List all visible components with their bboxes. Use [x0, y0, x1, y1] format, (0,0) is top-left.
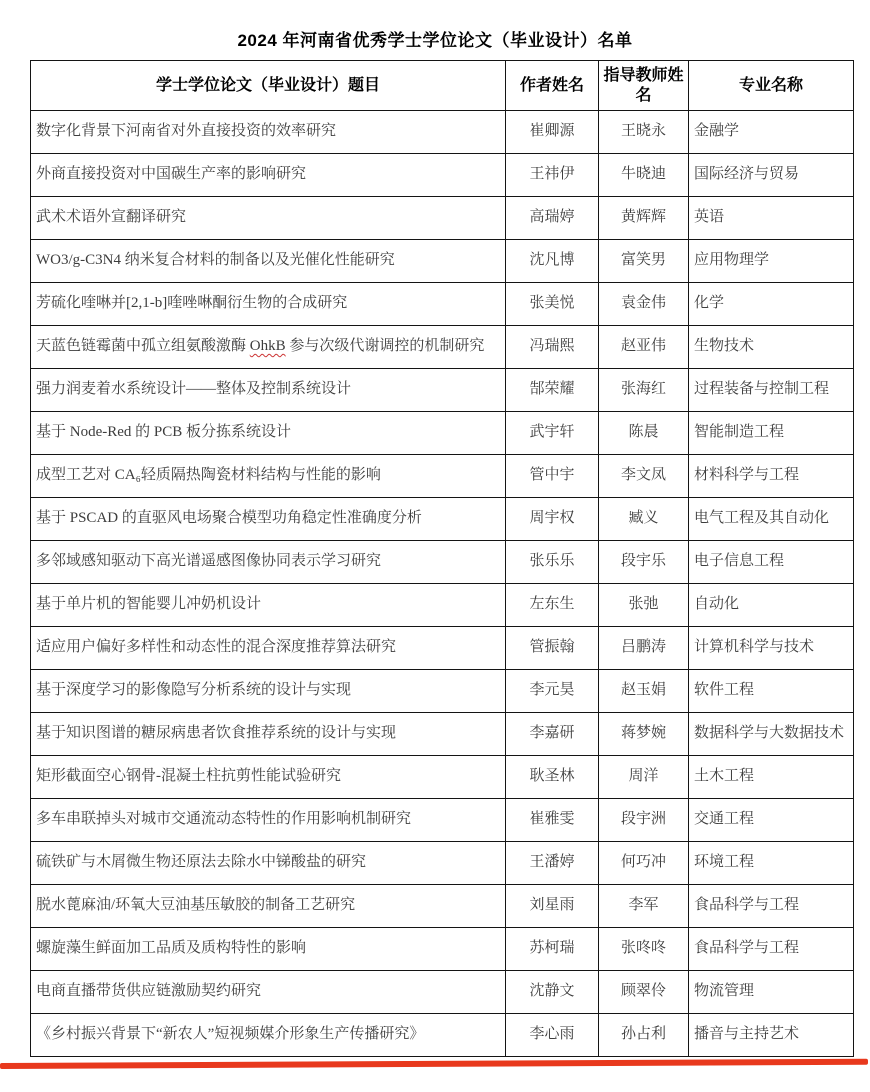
cell-title: 多车串联掉头对城市交通流动态特性的作用影响机制研究 [31, 799, 506, 842]
cell-title: 多邻域感知驱动下高光谱遥感图像协同表示学习研究 [31, 541, 506, 584]
cell-title: 基于深度学习的影像隐写分析系统的设计与实现 [31, 670, 506, 713]
cell-author: 王祎伊 [506, 154, 599, 197]
cell-author: 李嘉研 [506, 713, 599, 756]
cell-advisor: 牛晓迪 [599, 154, 689, 197]
cell-title: 数字化背景下河南省对外直接投资的效率研究 [31, 111, 506, 154]
cell-advisor: 赵玉娟 [599, 670, 689, 713]
table-row: 多车串联掉头对城市交通流动态特性的作用影响机制研究崔雅雯段宇洲交通工程 [31, 799, 854, 842]
cell-author: 周宇权 [506, 498, 599, 541]
cell-advisor: 吕鹏涛 [599, 627, 689, 670]
table-row: 矩形截面空心钢骨-混凝土柱抗剪性能试验研究耿圣林周洋土木工程 [31, 756, 854, 799]
cell-advisor: 袁金伟 [599, 283, 689, 326]
table-row: 硫铁矿与木屑微生物还原法去除水中锑酸盐的研究王潘婷何巧冲环境工程 [31, 842, 854, 885]
cell-major: 土木工程 [689, 756, 854, 799]
table-row: 螺旋藻生鲜面加工品质及质构特性的影响苏柯瑞张咚咚食品科学与工程 [31, 928, 854, 971]
table-row: 基于 PSCAD 的直驱风电场聚合模型功角稳定性准确度分析周宇权臧义电气工程及其… [31, 498, 854, 541]
table-row: 武术术语外宣翻译研究高瑞婷黄辉辉英语 [31, 197, 854, 240]
cell-title: 强力润麦着水系统设计——整体及控制系统设计 [31, 369, 506, 412]
cell-title: 硫铁矿与木屑微生物还原法去除水中锑酸盐的研究 [31, 842, 506, 885]
cell-major: 软件工程 [689, 670, 854, 713]
cell-author: 崔卿源 [506, 111, 599, 154]
cell-major: 计算机科学与技术 [689, 627, 854, 670]
table-row: WO3/g-C3N4 纳米复合材料的制备以及光催化性能研究沈凡博富笑男应用物理学 [31, 240, 854, 283]
cell-major: 物流管理 [689, 971, 854, 1014]
cell-author: 左东生 [506, 584, 599, 627]
cell-major: 应用物理学 [689, 240, 854, 283]
cell-advisor: 赵亚伟 [599, 326, 689, 369]
cell-advisor: 何巧冲 [599, 842, 689, 885]
cell-major: 环境工程 [689, 842, 854, 885]
cell-author: 武宇轩 [506, 412, 599, 455]
cell-title: 基于 Node-Red 的 PCB 板分拣系统设计 [31, 412, 506, 455]
cell-advisor: 张弛 [599, 584, 689, 627]
table-row: 多邻域感知驱动下高光谱遥感图像协同表示学习研究张乐乐段宇乐电子信息工程 [31, 541, 854, 584]
cell-author: 耿圣林 [506, 756, 599, 799]
cell-title: 《乡村振兴背景下“新农人”短视频媒介形象生产传播研究》 [31, 1014, 506, 1057]
red-highlight-line [0, 1059, 868, 1069]
cell-author: 李元昊 [506, 670, 599, 713]
cell-author: 高瑞婷 [506, 197, 599, 240]
cell-title: 螺旋藻生鲜面加工品质及质构特性的影响 [31, 928, 506, 971]
cell-advisor: 臧义 [599, 498, 689, 541]
cell-author: 管振翰 [506, 627, 599, 670]
cell-title: 电商直播带货供应链激励契约研究 [31, 971, 506, 1014]
column-header-author-name: 作者姓名 [506, 61, 599, 111]
cell-major: 金融学 [689, 111, 854, 154]
cell-title: 芳硫化喹啉并[2,1-b]喹唑啉酮衍生物的合成研究 [31, 283, 506, 326]
cell-author: 沈静文 [506, 971, 599, 1014]
cell-author: 郜荣耀 [506, 369, 599, 412]
spellcheck-underlined-word: OhkB [250, 338, 286, 354]
cell-author: 王潘婷 [506, 842, 599, 885]
cell-advisor: 蒋梦婉 [599, 713, 689, 756]
table-row: 《乡村振兴背景下“新农人”短视频媒介形象生产传播研究》李心雨孙占利播音与主持艺术 [31, 1014, 854, 1057]
cell-major: 电气工程及其自动化 [689, 498, 854, 541]
table-body: 数字化背景下河南省对外直接投资的效率研究崔卿源王晓永金融学外商直接投资对中国碳生… [31, 111, 854, 1057]
cell-title: 成型工艺对 CA₆轻质隔热陶瓷材料结构与性能的影响 [31, 455, 506, 498]
cell-advisor: 段宇乐 [599, 541, 689, 584]
cell-advisor: 孙占利 [599, 1014, 689, 1057]
cell-major: 食品科学与工程 [689, 885, 854, 928]
cell-major: 交通工程 [689, 799, 854, 842]
cell-advisor: 黄辉辉 [599, 197, 689, 240]
cell-advisor: 李军 [599, 885, 689, 928]
cell-major: 生物技术 [689, 326, 854, 369]
cell-title: 脱水蓖麻油/环氧大豆油基压敏胶的制备工艺研究 [31, 885, 506, 928]
cell-major: 数据科学与大数据技术 [689, 713, 854, 756]
cell-major: 英语 [689, 197, 854, 240]
cell-advisor: 张海红 [599, 369, 689, 412]
cell-title: 适应用户偏好多样性和动态性的混合深度推荐算法研究 [31, 627, 506, 670]
table-row: 电商直播带货供应链激励契约研究沈静文顾翠伶物流管理 [31, 971, 854, 1014]
cell-major: 化学 [689, 283, 854, 326]
table-row: 强力润麦着水系统设计——整体及控制系统设计郜荣耀张海红过程装备与控制工程 [31, 369, 854, 412]
column-header-advisor-name: 指导教师姓名 [599, 61, 689, 111]
table-row: 适应用户偏好多样性和动态性的混合深度推荐算法研究管振翰吕鹏涛计算机科学与技术 [31, 627, 854, 670]
document-page: 2024 年河南省优秀学士学位论文（毕业设计）名单 学士学位论文（毕业设计）题目… [0, 0, 870, 1092]
thesis-table: 学士学位论文（毕业设计）题目 作者姓名 指导教师姓名 专业名称 数字化背景下河南… [30, 60, 854, 1057]
document-title: 2024 年河南省优秀学士学位论文（毕业设计）名单 [0, 26, 870, 51]
table-header-row: 学士学位论文（毕业设计）题目 作者姓名 指导教师姓名 专业名称 [31, 61, 854, 111]
cell-advisor: 李文凤 [599, 455, 689, 498]
cell-title: 基于 PSCAD 的直驱风电场聚合模型功角稳定性准确度分析 [31, 498, 506, 541]
cell-advisor: 富笑男 [599, 240, 689, 283]
cell-major: 播音与主持艺术 [689, 1014, 854, 1057]
cell-major: 食品科学与工程 [689, 928, 854, 971]
cell-title: 外商直接投资对中国碳生产率的影响研究 [31, 154, 506, 197]
cell-major: 智能制造工程 [689, 412, 854, 455]
cell-major: 自动化 [689, 584, 854, 627]
cell-advisor: 张咚咚 [599, 928, 689, 971]
table-row: 基于 Node-Red 的 PCB 板分拣系统设计武宇轩陈晨智能制造工程 [31, 412, 854, 455]
table-row: 脱水蓖麻油/环氧大豆油基压敏胶的制备工艺研究刘星雨李军食品科学与工程 [31, 885, 854, 928]
cell-advisor: 王晓永 [599, 111, 689, 154]
cell-author: 管中宇 [506, 455, 599, 498]
cell-title: 基于单片机的智能婴儿冲奶机设计 [31, 584, 506, 627]
cell-title: 武术术语外宣翻译研究 [31, 197, 506, 240]
cell-author: 李心雨 [506, 1014, 599, 1057]
table-row: 基于知识图谱的糖尿病患者饮食推荐系统的设计与实现李嘉研蒋梦婉数据科学与大数据技术 [31, 713, 854, 756]
cell-advisor: 顾翠伶 [599, 971, 689, 1014]
table-row: 外商直接投资对中国碳生产率的影响研究王祎伊牛晓迪国际经济与贸易 [31, 154, 854, 197]
table-row: 成型工艺对 CA₆轻质隔热陶瓷材料结构与性能的影响管中宇李文凤材料科学与工程 [31, 455, 854, 498]
cell-title: 基于知识图谱的糖尿病患者饮食推荐系统的设计与实现 [31, 713, 506, 756]
cell-major: 材料科学与工程 [689, 455, 854, 498]
table-row: 基于深度学习的影像隐写分析系统的设计与实现李元昊赵玉娟软件工程 [31, 670, 854, 713]
cell-author: 刘星雨 [506, 885, 599, 928]
column-header-thesis-title: 学士学位论文（毕业设计）题目 [31, 61, 506, 111]
cell-major: 电子信息工程 [689, 541, 854, 584]
cell-advisor: 陈晨 [599, 412, 689, 455]
cell-author: 苏柯瑞 [506, 928, 599, 971]
table-row: 天蓝色链霉菌中孤立组氨酸激酶 OhkB 参与次级代谢调控的机制研究冯瑞熙赵亚伟生… [31, 326, 854, 369]
cell-author: 沈凡博 [506, 240, 599, 283]
cell-author: 冯瑞熙 [506, 326, 599, 369]
cell-author: 张美悦 [506, 283, 599, 326]
cell-advisor: 周洋 [599, 756, 689, 799]
cell-title: 矩形截面空心钢骨-混凝土柱抗剪性能试验研究 [31, 756, 506, 799]
table-row: 芳硫化喹啉并[2,1-b]喹唑啉酮衍生物的合成研究张美悦袁金伟化学 [31, 283, 854, 326]
cell-title: 天蓝色链霉菌中孤立组氨酸激酶 OhkB 参与次级代谢调控的机制研究 [31, 326, 506, 369]
column-header-major-name: 专业名称 [689, 61, 854, 111]
table-row: 基于单片机的智能婴儿冲奶机设计左东生张弛自动化 [31, 584, 854, 627]
table-row: 数字化背景下河南省对外直接投资的效率研究崔卿源王晓永金融学 [31, 111, 854, 154]
cell-major: 过程装备与控制工程 [689, 369, 854, 412]
cell-major: 国际经济与贸易 [689, 154, 854, 197]
cell-author: 崔雅雯 [506, 799, 599, 842]
cell-title: WO3/g-C3N4 纳米复合材料的制备以及光催化性能研究 [31, 240, 506, 283]
cell-author: 张乐乐 [506, 541, 599, 584]
cell-advisor: 段宇洲 [599, 799, 689, 842]
